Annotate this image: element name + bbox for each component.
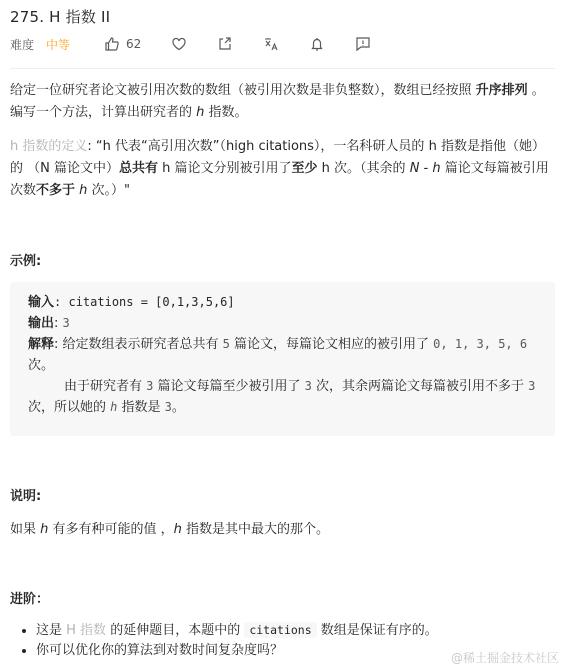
text: 次。 bbox=[28, 358, 54, 373]
text: 指数是其中最大的那个。 bbox=[182, 522, 329, 537]
watermark: @稀土掘金技术社区 bbox=[451, 649, 559, 666]
inline-code: citations bbox=[244, 622, 316, 638]
output-label: 输出 bbox=[28, 316, 54, 331]
feedback-button[interactable] bbox=[355, 36, 371, 52]
text: : 给定数组表示研究者总共有 bbox=[54, 337, 223, 352]
translate-icon bbox=[263, 36, 279, 52]
description-paragraph-2: h 指数的定义: “h 代表“高引用次数”（high citations），一名… bbox=[10, 136, 553, 202]
example-explanation: 解释: 给定数组表示研究者总共有 5 篇论文，每篇论文相应的被引用了 0, 1,… bbox=[28, 334, 537, 376]
header-divider bbox=[10, 68, 555, 69]
note-heading: 说明: bbox=[10, 485, 41, 504]
bold-text: 不多于 bbox=[36, 183, 75, 198]
text: h 篇论文分别被引用了 bbox=[158, 161, 292, 176]
text: h 次。（其余的 bbox=[318, 161, 410, 176]
example-block: 输入: citations = [0,1,3,5,6] 输出: 3 解释: 给定… bbox=[10, 282, 555, 436]
example-input-line: 输入: citations = [0,1,3,5,6] bbox=[28, 292, 537, 313]
italic-h: h bbox=[174, 522, 182, 537]
text: 这是 bbox=[36, 623, 66, 638]
explanation-label: 解释 bbox=[28, 337, 54, 352]
list-item: 这是 H 指数 的延伸题目，本题中的 citations 数组是保证有序的。 bbox=[36, 620, 438, 641]
italic-n-h: N - h bbox=[410, 161, 441, 176]
text: 由于研究者有 bbox=[64, 379, 146, 394]
problem-title: 275. H 指数 II bbox=[10, 6, 110, 27]
text: 指数。 bbox=[204, 105, 247, 120]
list-item: 你可以优化你的算法到对数时间复杂度吗？ bbox=[36, 641, 438, 661]
num: 3 bbox=[305, 379, 312, 393]
problem-description: 给定一位研究者论文被引用次数的数组（被引用次数是非负整数），数组已经按照 升序排… bbox=[10, 80, 553, 202]
text: 篇论文，每篇论文相应的被引用了 bbox=[230, 337, 433, 352]
problem-meta-bar: 难度 中等 62 bbox=[10, 34, 401, 54]
input-value: : citations = [0,1,3,5,6] bbox=[54, 295, 235, 309]
bold-text: 总共有 bbox=[119, 161, 158, 176]
text: : bbox=[54, 316, 63, 331]
subscribe-button[interactable] bbox=[309, 36, 325, 52]
example-heading: 示例: bbox=[10, 250, 41, 269]
difficulty-label: 难度 bbox=[10, 36, 34, 53]
text: 篇论文每篇至少被引用了 bbox=[153, 379, 304, 394]
input-label: 输入 bbox=[28, 295, 54, 310]
advanced-heading: 进阶： bbox=[10, 588, 49, 607]
share-icon bbox=[217, 36, 233, 52]
like-count: 62 bbox=[126, 37, 141, 51]
like-button[interactable]: 62 bbox=[104, 36, 141, 52]
output-value: 3 bbox=[63, 316, 70, 330]
text: 给定一位研究者论文被引用次数的数组（被引用次数是非负整数），数组已经按照 bbox=[10, 83, 476, 98]
example-explanation-2: 由于研究者有 3 篇论文每篇至少被引用了 3 次，其余两篇论文每篇被引用不多于 … bbox=[28, 376, 537, 418]
feedback-icon bbox=[355, 36, 371, 52]
text: 的延伸题目，本题中的 bbox=[106, 623, 244, 638]
thumbs-up-icon bbox=[104, 36, 120, 52]
difficulty-badge: 中等 bbox=[46, 36, 70, 53]
text: 次，其余两篇论文每篇被引用不多于 bbox=[312, 379, 528, 394]
text: 次。）" bbox=[87, 183, 130, 198]
h-index-problem-link[interactable]: H 指数 bbox=[66, 623, 106, 638]
translate-button[interactable] bbox=[263, 36, 279, 52]
num: 5 bbox=[223, 337, 230, 351]
bell-icon bbox=[309, 36, 325, 52]
description-paragraph-1: 给定一位研究者论文被引用次数的数组（被引用次数是非负整数），数组已经按照 升序排… bbox=[10, 80, 553, 124]
text: 指数是 bbox=[117, 400, 164, 415]
note-text: 如果 h 有多有种可能的值 ，h 指数是其中最大的那个。 bbox=[10, 518, 329, 537]
advanced-list: 这是 H 指数 的延伸题目，本题中的 citations 数组是保证有序的。 你… bbox=[10, 620, 438, 661]
example-output-line: 输出: 3 bbox=[28, 313, 537, 334]
favorite-button[interactable] bbox=[171, 36, 187, 52]
bold-text: 升序排列 bbox=[476, 83, 528, 98]
text: 如果 bbox=[10, 522, 40, 537]
heart-icon bbox=[171, 36, 187, 52]
num: 3 bbox=[528, 379, 535, 393]
h-index-definition-link[interactable]: h 指数的定义 bbox=[10, 139, 87, 154]
num: 3 bbox=[165, 400, 172, 414]
share-button[interactable] bbox=[217, 36, 233, 52]
text: 有多有种可能的值 ， bbox=[48, 522, 173, 537]
bold-text: 至少 bbox=[292, 161, 318, 176]
values: 0, 1, 3, 5, 6 bbox=[433, 337, 527, 351]
text: 次，所以她的 bbox=[28, 400, 110, 415]
text: 数组是保证有序的。 bbox=[317, 623, 438, 638]
text: 。 bbox=[172, 400, 185, 415]
